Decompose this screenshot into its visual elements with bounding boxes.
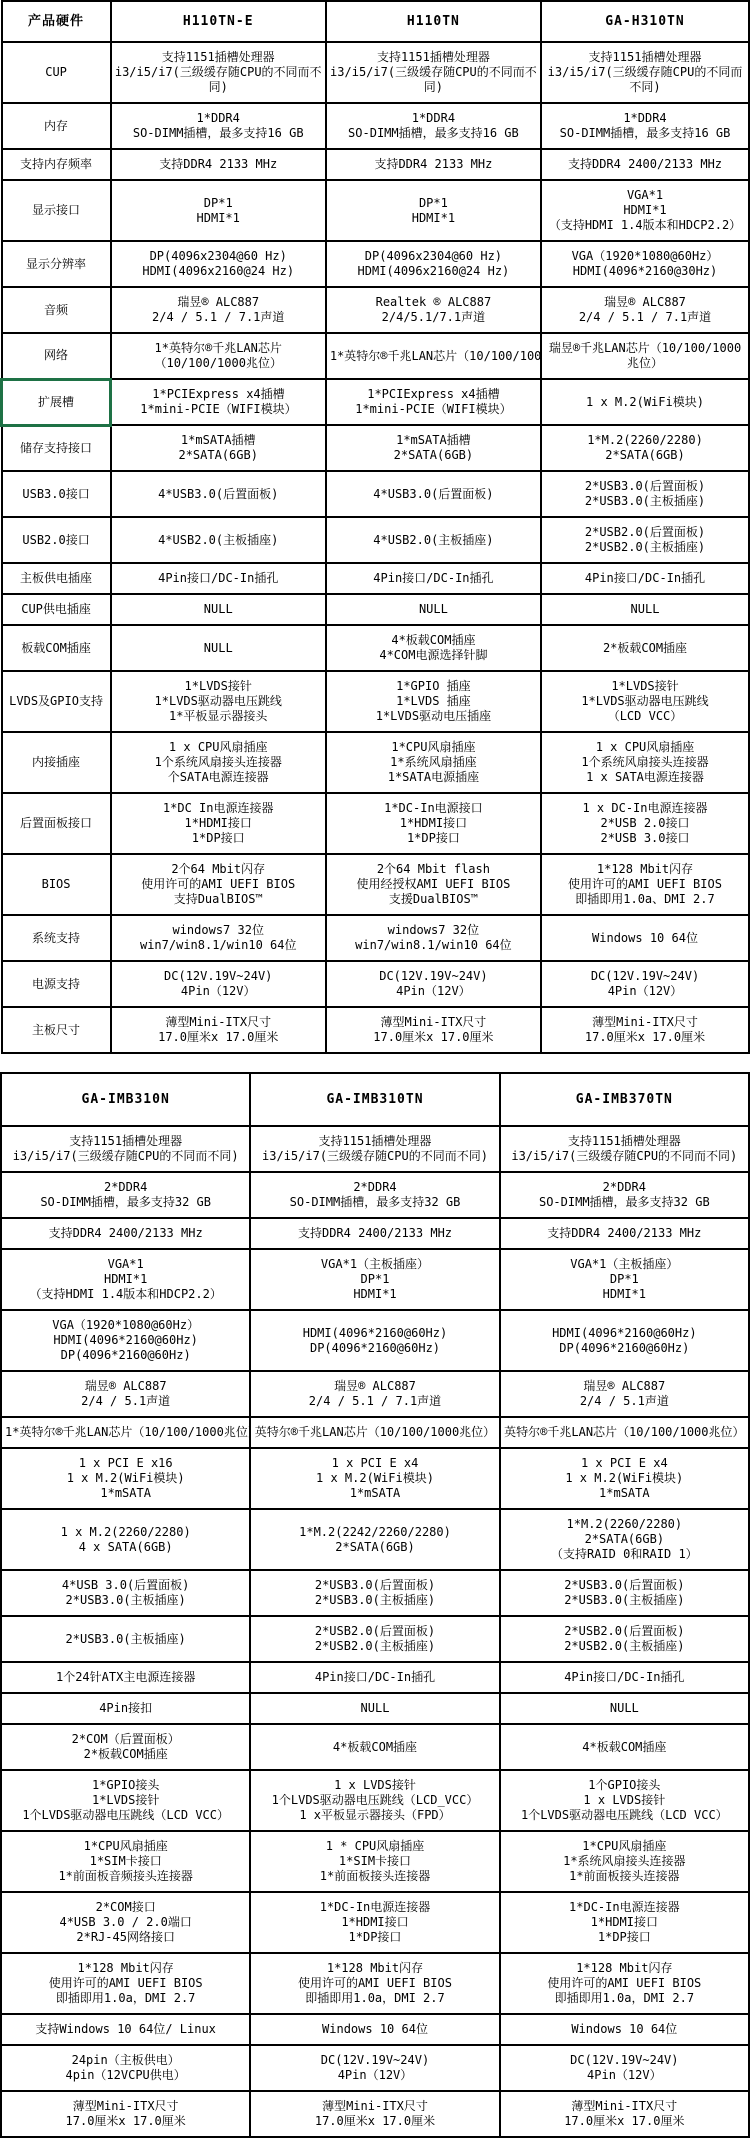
table-row-power-support: 电源支持 DC(12V.19V~24V) 4Pin（12V） DC(12V.19… bbox=[2, 961, 750, 1007]
table-row-internal-headers: 1*CPU风扇插座 1*SIM卡接口 1*前面板音频接头连接器 1 * CPU风… bbox=[1, 1831, 749, 1892]
table-row-network: 1*英特尔®千兆LAN芯片（10/100/1000兆位） 英特尔®千兆LAN芯片… bbox=[1, 1417, 749, 1448]
spec-cell: 1*DC In电源连接器 1*HDMI接口 1*DP接口 bbox=[111, 793, 326, 854]
spec-cell: 2*DDR4 SO-DIMM插槽，最多支持32 GB bbox=[500, 1172, 749, 1218]
spec-cell: 4*板载COM插座 4*COM电源选择针脚 bbox=[326, 625, 541, 671]
spec-cell: 4*USB 3.0(后置面板) 2*USB3.0(主板插座) bbox=[1, 1570, 250, 1616]
spec-cell: 支持DDR4 2133 MHz bbox=[111, 149, 326, 180]
spec-cell: VGA（1920*1080@60Hz） HDMI(4096*2160@60Hz)… bbox=[1, 1310, 250, 1371]
spec-cell: 薄型Mini-ITX尺寸 17.0厘米x 17.0厘米 bbox=[326, 1007, 541, 1053]
spec-cell: 1*英特尔®千兆LAN芯片 （10/100/1000兆位） bbox=[111, 333, 326, 379]
spec-cell: DC(12V.19V~24V) 4Pin（12V） bbox=[326, 961, 541, 1007]
table-row-rear-panel: 后置面板接口 1*DC In电源连接器 1*HDMI接口 1*DP接口 1*DC… bbox=[2, 793, 750, 854]
spec-cell: 支持1151插槽处理器 i3/i5/i7(三级缓存随CPU的不同而不同) bbox=[326, 42, 541, 103]
spec-cell: DP(4096x2304@60 Hz) HDMI(4096x2160@24 Hz… bbox=[326, 241, 541, 287]
table-row-cpu: CUP 支持1151插槽处理器 i3/i5/i7(三级缓存随CPU的不同而不同)… bbox=[2, 42, 750, 103]
spec-cell: 2*USB3.0(主板插座) bbox=[1, 1616, 250, 1662]
spec-cell: 1*DC-In电源连接器 1*HDMI接口 1*DP接口 bbox=[500, 1892, 749, 1953]
spec-cell: 1*128 Mbit闪存 使用许可的AMI UEFI BIOS 即插即用1.0a… bbox=[500, 1953, 749, 2014]
spec-cell: 4*USB3.0(后置面板) bbox=[326, 471, 541, 517]
spec-cell: Windows 10 64位 bbox=[250, 2014, 499, 2045]
table-row-display-ports: 显示接口 DP*1 HDMI*1 DP*1 HDMI*1 VGA*1 HDMI*… bbox=[2, 180, 750, 241]
spec-cell: 1*PCIExpress x4插槽 1*mini-PCIE（WIFI模块） bbox=[111, 379, 326, 425]
spec-cell: Realtek ® ALC887 2/4/5.1/7.1声道 bbox=[326, 287, 541, 333]
spec-cell: 4Pin接口/DC-In插孔 bbox=[326, 563, 541, 594]
spec-cell: 支持DDR4 2400/2133 MHz bbox=[1, 1218, 250, 1249]
spec-cell: 1*英特尔®千兆LAN芯片（10/100/1000兆位） bbox=[326, 333, 541, 379]
corner-header: 产品硬件 bbox=[2, 1, 111, 42]
table-row-usb2: 2*USB3.0(主板插座) 2*USB2.0(后置面板) 2*USB2.0(主… bbox=[1, 1616, 749, 1662]
spec-cell: Windows 10 64位 bbox=[500, 2014, 749, 2045]
table-divider-gap bbox=[0, 1054, 750, 1072]
row-label-usb3: USB3.0接口 bbox=[2, 471, 111, 517]
spec-cell: 1*CPU风扇插座 1*SIM卡接口 1*前面板音频接头连接器 bbox=[1, 1831, 250, 1892]
spec-cell: 4*USB2.0(主板插座) bbox=[326, 517, 541, 563]
table-row-usb3: 4*USB 3.0(后置面板) 2*USB3.0(主板插座) 2*USB3.0(… bbox=[1, 1570, 749, 1616]
spec-cell: 支持Windows 10 64位/ Linux bbox=[1, 2014, 250, 2045]
row-label-cpu: CUP bbox=[2, 42, 111, 103]
spec-cell: 支持DDR4 2400/2133 MHz bbox=[541, 149, 749, 180]
row-label-resolution: 显示分辨率 bbox=[2, 241, 111, 287]
table-row-resolution: 显示分辨率 DP(4096x2304@60 Hz) HDMI(4096x2160… bbox=[2, 241, 750, 287]
spec-cell: 1 x PCI E x4 1 x M.2(WiFi模块) 1*mSATA bbox=[250, 1448, 499, 1509]
table-row-bios: 1*128 Mbit闪存 使用许可的AMI UEFI BIOS 即插即用1.0a… bbox=[1, 1953, 749, 2014]
table-row-memory: 2*DDR4 SO-DIMM插槽，最多支持32 GB 2*DDR4 SO-DIM… bbox=[1, 1172, 749, 1218]
spec-cell: NULL bbox=[500, 1693, 749, 1724]
row-label-board-power: 主板供电插座 bbox=[2, 563, 111, 594]
row-label-rear-panel: 后置面板接口 bbox=[2, 793, 111, 854]
spec-cell: 2*COM（后置面板） 2*板载COM插座 bbox=[1, 1724, 250, 1770]
spec-cell: 1个GPIO接头 1 x LVDS接针 1个LVDS驱动器电压跳线（LCD VC… bbox=[500, 1770, 749, 1831]
spec-cell: 1*mSATA插槽 2*SATA(6GB) bbox=[326, 425, 541, 471]
spec-cell: 4Pin接口/DC-In插孔 bbox=[541, 563, 749, 594]
table-row-os-support: 支持Windows 10 64位/ Linux Windows 10 64位 W… bbox=[1, 2014, 749, 2045]
table-row-memory: 内存 1*DDR4 SO-DIMM插槽，最多支持16 GB 1*DDR4 SO-… bbox=[2, 103, 750, 149]
spec-cell: 1 x M.2(WiFi模块) bbox=[541, 379, 749, 425]
table-row-bios: BIOS 2个64 Mbit闪存 使用许可的AMI UEFI BIOS 支持Du… bbox=[2, 854, 750, 915]
spec-cell: 1*mSATA插槽 2*SATA(6GB) bbox=[111, 425, 326, 471]
spec-cell: 1*LVDS接针 1*LVDS驱动器电压跳线 （LCD VCC） bbox=[541, 671, 749, 732]
spec-cell: 瑞昱® ALC887 2/4 / 5.1声道 bbox=[1, 1371, 250, 1417]
row-label-expansion-selected-cell[interactable]: 扩展槽 bbox=[2, 379, 111, 425]
spec-cell: 2*板载COM插座 bbox=[541, 625, 749, 671]
spec-cell: 1*DDR4 SO-DIMM插槽，最多支持16 GB bbox=[111, 103, 326, 149]
table-row-storage: 储存支持接口 1*mSATA插槽 2*SATA(6GB) 1*mSATA插槽 2… bbox=[2, 425, 750, 471]
row-label-usb2: USB2.0接口 bbox=[2, 517, 111, 563]
spec-cell: 24pin（主板供电） 4pin（12VCPU供电） bbox=[1, 2045, 250, 2091]
row-label-display-ports: 显示接口 bbox=[2, 180, 111, 241]
spec-cell: DC(12V.19V~24V) 4Pin（12V） bbox=[250, 2045, 499, 2091]
spec-cell: 瑞昱® ALC887 2/4 / 5.1 / 7.1声道 bbox=[250, 1371, 499, 1417]
spec-cell: 4Pin接扣 bbox=[1, 1693, 250, 1724]
spec-cell: 4Pin接口/DC-In插孔 bbox=[111, 563, 326, 594]
table-row-board-size: 薄型Mini-ITX尺寸 17.0厘米x 17.0厘米 薄型Mini-ITX尺寸… bbox=[1, 2091, 749, 2137]
spec-cell: 瑞昱® ALC887 2/4 / 5.1 / 7.1声道 bbox=[111, 287, 326, 333]
spec-cell: 2*USB3.0(后置面板) 2*USB3.0(主板插座) bbox=[500, 1570, 749, 1616]
spec-cell: 1个24针ATX主电源连接器 bbox=[1, 1662, 250, 1693]
spec-cell: 支持1151插槽处理器 i3/i5/i7(三级缓存随CPU的不同而不同) bbox=[250, 1126, 499, 1172]
header-row: 产品硬件 H110TN-E H110TN GA-H310TN bbox=[2, 1, 750, 42]
spec-cell: 1 x CPU风扇插座 1个系统风扇接头连接器 个SATA电源连接器 bbox=[111, 732, 326, 793]
table-row-storage: 1 x M.2(2260/2280) 4 x SATA(6GB) 1*M.2(2… bbox=[1, 1509, 749, 1570]
table-row-com: 板载COM插座 NULL 4*板载COM插座 4*COM电源选择针脚 2*板载C… bbox=[2, 625, 750, 671]
spec-cell: 1 x M.2(2260/2280) 4 x SATA(6GB) bbox=[1, 1509, 250, 1570]
product-header-ga-imb310tn: GA-IMB310TN bbox=[250, 1073, 499, 1126]
row-label-os-support: 系统支持 bbox=[2, 915, 111, 961]
header-row: GA-IMB310N GA-IMB310TN GA-IMB370TN bbox=[1, 1073, 749, 1126]
table-row-board-power: 主板供电插座 4Pin接口/DC-In插孔 4Pin接口/DC-In插孔 4Pi… bbox=[2, 563, 750, 594]
table-row-cpu: 支持1151插槽处理器 i3/i5/i7(三级缓存随CPU的不同而不同) 支持1… bbox=[1, 1126, 749, 1172]
table-row-usb2: USB2.0接口 4*USB2.0(主板插座) 4*USB2.0(主板插座) 2… bbox=[2, 517, 750, 563]
spec-table-imb: GA-IMB310N GA-IMB310TN GA-IMB370TN 支持115… bbox=[0, 1072, 750, 2138]
spec-cell: VGA*1 HDMI*1 （支持HDMI 1.4版本和HDCP2.2） bbox=[1, 1249, 250, 1310]
spec-cell: 1*CPU风扇插座 1*系统风扇接头连接器 1*前面板接头连接器 bbox=[500, 1831, 749, 1892]
table-row-expansion: 扩展槽 1*PCIExpress x4插槽 1*mini-PCIE（WIFI模块… bbox=[2, 379, 750, 425]
spec-cell: 英特尔®千兆LAN芯片（10/100/1000兆位） bbox=[500, 1417, 749, 1448]
spec-cell: 支持1151插槽处理器 i3/i5/i7(三级缓存随CPU的不同而不同) bbox=[111, 42, 326, 103]
row-label-lvds-gpio: LVDS及GPIO支持 bbox=[2, 671, 111, 732]
spec-cell: 1 x PCI E x16 1 x M.2(WiFi模块) 1*mSATA bbox=[1, 1448, 250, 1509]
table-row-lvds-gpio: LVDS及GPIO支持 1*LVDS接针 1*LVDS驱动器电压跳线 1*平板显… bbox=[2, 671, 750, 732]
spec-cell: 支持DDR4 2400/2133 MHz bbox=[500, 1218, 749, 1249]
table-row-network: 网络 1*英特尔®千兆LAN芯片 （10/100/1000兆位） 1*英特尔®千… bbox=[2, 333, 750, 379]
table-row-display-ports: VGA*1 HDMI*1 （支持HDMI 1.4版本和HDCP2.2） VGA*… bbox=[1, 1249, 749, 1310]
spec-cell: 瑞昱®千兆LAN芯片（10/100/1000 兆位） bbox=[541, 333, 749, 379]
spec-cell: 2*USB2.0(后置面板) 2*USB2.0(主板插座) bbox=[500, 1616, 749, 1662]
table-row-internal-headers: 内接插座 1 x CPU风扇插座 1个系统风扇接头连接器 个SATA电源连接器 … bbox=[2, 732, 750, 793]
spec-cell: 薄型Mini-ITX尺寸 17.0厘米x 17.0厘米 bbox=[500, 2091, 749, 2137]
spec-cell: VGA*1（主板插座） DP*1 HDMI*1 bbox=[250, 1249, 499, 1310]
spec-cell: 1*PCIExpress x4插槽 1*mini-PCIE（WIFI模块） bbox=[326, 379, 541, 425]
spec-cell: 2*COM接口 4*USB 3.0 / 2.0端口 2*RJ-45网络接口 bbox=[1, 1892, 250, 1953]
table-row-resolution: VGA（1920*1080@60Hz） HDMI(4096*2160@60Hz)… bbox=[1, 1310, 749, 1371]
spec-cell: 瑞昱® ALC887 2/4 / 5.1 / 7.1声道 bbox=[541, 287, 749, 333]
spec-cell: 1*DDR4 SO-DIMM插槽，最多支持16 GB bbox=[326, 103, 541, 149]
spec-cell: NULL bbox=[541, 594, 749, 625]
spec-cell: 1*CPU风扇插座 1*系统风扇插座 1*SATA电源插座 bbox=[326, 732, 541, 793]
table-row-cpu-power: 4Pin接扣 NULL NULL bbox=[1, 1693, 749, 1724]
spec-cell: HDMI(4096*2160@60Hz) DP(4096*2160@60Hz) bbox=[500, 1310, 749, 1371]
row-label-cpu-power: CUP供电插座 bbox=[2, 594, 111, 625]
spec-cell: 1*LVDS接针 1*LVDS驱动器电压跳线 1*平板显示器接头 bbox=[111, 671, 326, 732]
row-label-storage: 储存支持接口 bbox=[2, 425, 111, 471]
spec-cell: 英特尔®千兆LAN芯片（10/100/1000兆位） bbox=[250, 1417, 499, 1448]
spec-cell: VGA（1920*1080@60Hz） HDMI(4096*2160@30Hz) bbox=[541, 241, 749, 287]
spec-cell: 支持DDR4 2400/2133 MHz bbox=[250, 1218, 499, 1249]
spec-cell: 1 x DC-In电源连接器 2*USB 2.0接口 2*USB 3.0接口 bbox=[541, 793, 749, 854]
spec-cell: 2*USB2.0(后置面板) 2*USB2.0(主板插座) bbox=[541, 517, 749, 563]
spec-cell: NULL bbox=[111, 625, 326, 671]
row-label-network: 网络 bbox=[2, 333, 111, 379]
spec-cell: 支持1151插槽处理器 i3/i5/i7(三级缓存随CPU的不同而不同) bbox=[541, 42, 749, 103]
spec-cell: 薄型Mini-ITX尺寸 17.0厘米x 17.0厘米 bbox=[111, 1007, 326, 1053]
product-header-h110tn-e: H110TN-E bbox=[111, 1, 326, 42]
spec-cell: 2*DDR4 SO-DIMM插槽，最多支持32 GB bbox=[250, 1172, 499, 1218]
product-header-ga-imb310n: GA-IMB310N bbox=[1, 1073, 250, 1126]
table-row-cpu-power: CUP供电插座 NULL NULL NULL bbox=[2, 594, 750, 625]
spec-cell: 4*板载COM插座 bbox=[250, 1724, 499, 1770]
spec-cell: DC(12V.19V~24V) 4Pin（12V） bbox=[541, 961, 749, 1007]
spec-cell: 2*DDR4 SO-DIMM插槽，最多支持32 GB bbox=[1, 1172, 250, 1218]
spec-cell: 薄型Mini-ITX尺寸 17.0厘米x 17.0厘米 bbox=[1, 2091, 250, 2137]
product-header-h110tn: H110TN bbox=[326, 1, 541, 42]
table-row-usb3: USB3.0接口 4*USB3.0(后置面板) 4*USB3.0(后置面板) 2… bbox=[2, 471, 750, 517]
spec-cell: 1*英特尔®千兆LAN芯片（10/100/1000兆位） bbox=[1, 1417, 250, 1448]
spec-table-h110: 产品硬件 H110TN-E H110TN GA-H310TN CUP 支持115… bbox=[0, 0, 750, 1054]
spec-cell: DP*1 HDMI*1 bbox=[326, 180, 541, 241]
spec-cell: 2*USB2.0(后置面板) 2*USB2.0(主板插座) bbox=[250, 1616, 499, 1662]
row-label-board-size: 主板尺寸 bbox=[2, 1007, 111, 1053]
spec-cell: 薄型Mini-ITX尺寸 17.0厘米x 17.0厘米 bbox=[250, 2091, 499, 2137]
spec-cell: 1*GPIO接头 1*LVDS接针 1个LVDS驱动器电压跳线（LCD VCC） bbox=[1, 1770, 250, 1831]
table-row-rear-panel: 2*COM接口 4*USB 3.0 / 2.0端口 2*RJ-45网络接口 1*… bbox=[1, 1892, 749, 1953]
spec-cell: 1*M.2(2242/2260/2280) 2*SATA(6GB) bbox=[250, 1509, 499, 1570]
spec-cell: 4*USB3.0(后置面板) bbox=[111, 471, 326, 517]
table-row-board-size: 主板尺寸 薄型Mini-ITX尺寸 17.0厘米x 17.0厘米 薄型Mini-… bbox=[2, 1007, 750, 1053]
spec-cell: 支持1151插槽处理器 i3/i5/i7(三级缓存随CPU的不同而不同) bbox=[500, 1126, 749, 1172]
spec-cell: 2*USB3.0(后置面板) 2*USB3.0(主板插座) bbox=[250, 1570, 499, 1616]
spec-cell: 4Pin接口/DC-In插孔 bbox=[250, 1662, 499, 1693]
spec-cell: NULL bbox=[250, 1693, 499, 1724]
row-label-audio: 音频 bbox=[2, 287, 111, 333]
spec-cell: windows7 32位 win7/win8.1/win10 64位 bbox=[111, 915, 326, 961]
spec-cell: NULL bbox=[111, 594, 326, 625]
spec-cell: VGA*1 HDMI*1 （支持HDMI 1.4版本和HDCP2.2） bbox=[541, 180, 749, 241]
spec-cell: 2个64 Mbit flash 使用经授权AMI UEFI BIOS 支援Dua… bbox=[326, 854, 541, 915]
spec-cell: 1*DDR4 SO-DIMM插槽，最多支持16 GB bbox=[541, 103, 749, 149]
spec-cell: DC(12V.19V~24V) 4Pin（12V） bbox=[500, 2045, 749, 2091]
spec-cell: 4*USB2.0(主板插座) bbox=[111, 517, 326, 563]
spec-cell: 2*USB3.0(后置面板) 2*USB3.0(主板插座) bbox=[541, 471, 749, 517]
row-label-memory: 内存 bbox=[2, 103, 111, 149]
product-header-ga-imb370tn: GA-IMB370TN bbox=[500, 1073, 749, 1126]
spec-cell: windows7 32位 win7/win8.1/win10 64位 bbox=[326, 915, 541, 961]
spec-cell: 1 x CPU风扇插座 1个系统风扇接头连接器 1 x SATA电源连接器 bbox=[541, 732, 749, 793]
table-row-memory-freq: 支持DDR4 2400/2133 MHz 支持DDR4 2400/2133 MH… bbox=[1, 1218, 749, 1249]
row-label-bios: BIOS bbox=[2, 854, 111, 915]
spec-cell: 薄型Mini-ITX尺寸 17.0厘米x 17.0厘米 bbox=[541, 1007, 749, 1053]
spec-cell: 1 x PCI E x4 1 x M.2(WiFi模块) 1*mSATA bbox=[500, 1448, 749, 1509]
spec-cell: 1 x LVDS接针 1个LVDS驱动器电压跳线（LCD_VCC） 1 x平板显… bbox=[250, 1770, 499, 1831]
table-row-os-support: 系统支持 windows7 32位 win7/win8.1/win10 64位 … bbox=[2, 915, 750, 961]
product-header-ga-h310tn: GA-H310TN bbox=[541, 1, 749, 42]
table-row-lvds-gpio: 1*GPIO接头 1*LVDS接针 1个LVDS驱动器电压跳线（LCD VCC）… bbox=[1, 1770, 749, 1831]
spec-cell: VGA*1（主板插座） DP*1 HDMI*1 bbox=[500, 1249, 749, 1310]
row-label-power-support: 电源支持 bbox=[2, 961, 111, 1007]
spec-cell: 支持1151插槽处理器 i3/i5/i7(三级缓存随CPU的不同而不同) bbox=[1, 1126, 250, 1172]
row-label-memory-freq: 支持内存频率 bbox=[2, 149, 111, 180]
spec-cell: HDMI(4096*2160@60Hz) DP(4096*2160@60Hz) bbox=[250, 1310, 499, 1371]
spec-cell: Windows 10 64位 bbox=[541, 915, 749, 961]
spec-cell: 1*128 Mbit闪存 使用许可的AMI UEFI BIOS 即插即用1.0a… bbox=[1, 1953, 250, 2014]
spec-cell: 1*M.2(2260/2280) 2*SATA(6GB) （支持RAID 0和R… bbox=[500, 1509, 749, 1570]
spec-sheet: 产品硬件 H110TN-E H110TN GA-H310TN CUP 支持115… bbox=[0, 0, 750, 2138]
spec-cell: 1*DC-In电源连接器 1*HDMI接口 1*DP接口 bbox=[250, 1892, 499, 1953]
spec-cell: DC(12V.19V~24V) 4Pin（12V） bbox=[111, 961, 326, 1007]
table-row-memory-freq: 支持内存频率 支持DDR4 2133 MHz 支持DDR4 2133 MHz 支… bbox=[2, 149, 750, 180]
spec-cell: 支持DDR4 2133 MHz bbox=[326, 149, 541, 180]
spec-cell: 4Pin接口/DC-In插孔 bbox=[500, 1662, 749, 1693]
table-row-audio: 音频 瑞昱® ALC887 2/4 / 5.1 / 7.1声道 Realtek … bbox=[2, 287, 750, 333]
table-row-audio: 瑞昱® ALC887 2/4 / 5.1声道 瑞昱® ALC887 2/4 / … bbox=[1, 1371, 749, 1417]
table-row-com: 2*COM（后置面板） 2*板载COM插座 4*板载COM插座 4*板载COM插… bbox=[1, 1724, 749, 1770]
row-label-com: 板载COM插座 bbox=[2, 625, 111, 671]
spec-cell: DP(4096x2304@60 Hz) HDMI(4096x2160@24 Hz… bbox=[111, 241, 326, 287]
spec-cell: 1*GPIO 插座 1*LVDS 插座 1*LVDS驱动电压插座 bbox=[326, 671, 541, 732]
table-row-power-support: 24pin（主板供电） 4pin（12VCPU供电） DC(12V.19V~24… bbox=[1, 2045, 749, 2091]
spec-cell: 1 * CPU风扇插座 1*SIM卡接口 1*前面板接头连接器 bbox=[250, 1831, 499, 1892]
spec-cell: 瑞昱® ALC887 2/4 / 5.1声道 bbox=[500, 1371, 749, 1417]
row-label-internal-headers: 内接插座 bbox=[2, 732, 111, 793]
spec-cell: DP*1 HDMI*1 bbox=[111, 180, 326, 241]
table-row-expansion: 1 x PCI E x16 1 x M.2(WiFi模块) 1*mSATA 1 … bbox=[1, 1448, 749, 1509]
spec-cell: 1*M.2(2260/2280) 2*SATA(6GB) bbox=[541, 425, 749, 471]
table-row-board-power: 1个24针ATX主电源连接器 4Pin接口/DC-In插孔 4Pin接口/DC-… bbox=[1, 1662, 749, 1693]
spec-cell: 4*板载COM插座 bbox=[500, 1724, 749, 1770]
spec-cell: 1*DC-In电源接口 1*HDMI接口 1*DP接口 bbox=[326, 793, 541, 854]
spec-cell: NULL bbox=[326, 594, 541, 625]
spec-cell: 1*128 Mbit闪存 使用许可的AMI UEFI BIOS 即插即用1.0a… bbox=[250, 1953, 499, 2014]
spec-cell: 2个64 Mbit闪存 使用许可的AMI UEFI BIOS 支持DualBIO… bbox=[111, 854, 326, 915]
spec-cell: 1*128 Mbit闪存 使用许可的AMI UEFI BIOS 即插即用1.0a… bbox=[541, 854, 749, 915]
